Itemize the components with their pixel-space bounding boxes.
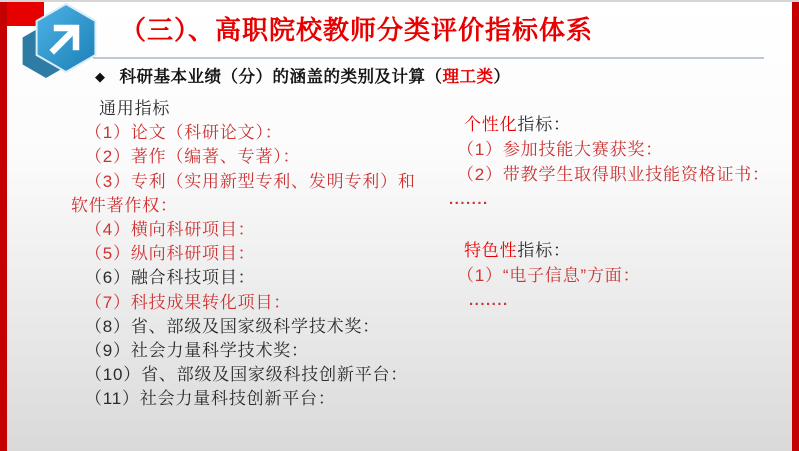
list-item: （11）社会力量科技创新平台： [67, 387, 459, 411]
list-item: （4）横向科研项目： [67, 218, 459, 242]
page-title: （三）、高职院校教师分类评价指标体系 [120, 13, 593, 47]
list-item: （1）参加技能大赛获奖： [449, 137, 792, 162]
list-item: （2）带教学生取得职业技能资格证书： [449, 162, 792, 187]
top-divider-line [0, 0, 799, 2]
title-underline [93, 57, 764, 59]
right-red-border [792, 0, 799, 451]
list-item: （1）论文（科研论文）： [67, 121, 459, 145]
diamond-bullet-icon: ◆ [95, 69, 106, 84]
section-heading-rest: 指标： [517, 241, 570, 260]
subtitle-highlight: 理工类 [443, 68, 494, 86]
section-heading: 特色性指标： [449, 238, 792, 263]
list-item: （1）“电子信息”方面： [449, 263, 792, 288]
list-item: （8）省、部级及国家级科学技术奖： [67, 315, 459, 339]
list-item: 软件著作权： [67, 194, 459, 218]
slide-content: （三）、高职院校教师分类评价指标体系 ◆科研基本业绩（分）的涵盖的类别及计算（理… [7, 0, 792, 451]
section-heading-highlight: 特色性 [464, 241, 517, 260]
section-heading: 个性化指标： [449, 112, 792, 137]
slide: （三）、高职院校教师分类评价指标体系 ◆科研基本业绩（分）的涵盖的类别及计算（理… [0, 0, 799, 451]
list-item: （2）著作（编著、专著）： [67, 145, 459, 169]
general-indicators-list: 通用指标（1）论文（科研论文）：（2）著作（编著、专著）：（3）专利（实用新型专… [67, 97, 459, 411]
personalized-indicators-section: 个性化指标：（1）参加技能大赛获奖：（2）带教学生取得职业技能资格证书：....… [449, 112, 792, 212]
left-red-border [0, 0, 7, 451]
list-item: （5）纵向科研项目： [67, 242, 459, 266]
list-item: 通用指标 [67, 97, 459, 121]
list-item: （7）科技成果转化项目： [67, 291, 459, 315]
section-heading-highlight: 个性化 [464, 115, 517, 134]
ellipsis-dots: ....... [449, 288, 792, 313]
list-item: （3）专利（实用新型专利、发明专利）和 [67, 170, 459, 194]
slide-subtitle: ◆科研基本业绩（分）的涵盖的类别及计算（理工类） [95, 63, 511, 87]
hexagon-arrow-up-right-icon [19, 1, 103, 81]
list-item: （6）融合科技项目： [67, 266, 459, 290]
list-item: （10）省、部级及国家级科技创新平台： [67, 363, 459, 387]
subtitle-suffix: ） [494, 68, 511, 86]
ellipsis-dots: ....... [449, 187, 792, 212]
characteristic-indicators-section: 特色性指标：（1）“电子信息”方面：....... [449, 238, 792, 313]
list-item: （9）社会力量科学技术奖： [67, 339, 459, 363]
subtitle-text: 科研基本业绩（分）的涵盖的类别及计算（ [120, 68, 443, 86]
section-heading-rest: 指标： [517, 115, 570, 134]
